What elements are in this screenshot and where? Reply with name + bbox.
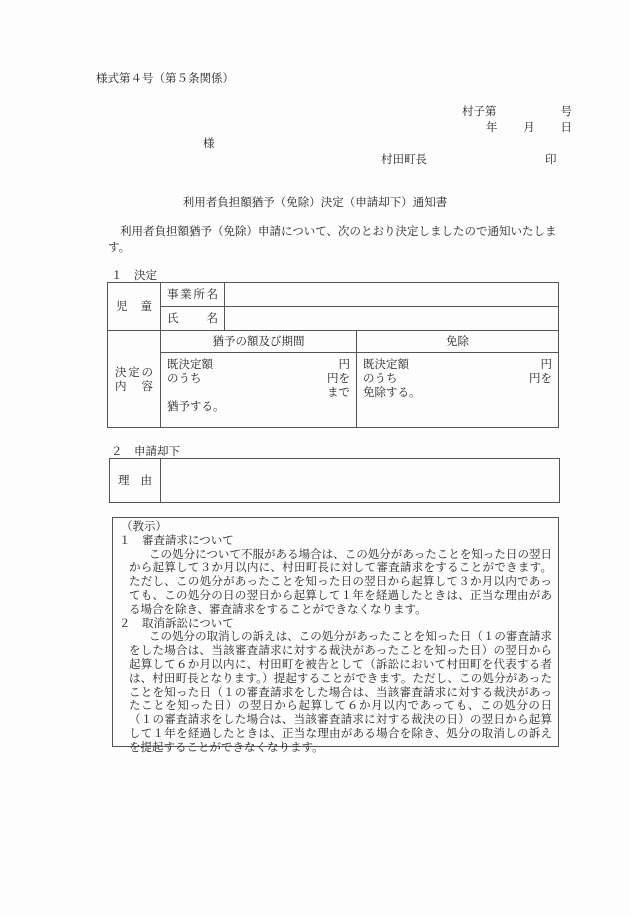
deferral-decided-amount-label: 既決定額: [167, 357, 213, 371]
office-label-char: 名: [206, 287, 218, 301]
deferral-yen-unit: 円: [339, 357, 351, 371]
decision-content-label-cell: 決 定 の 内 容: [108, 331, 161, 428]
section-decision-heading: １ 決定: [111, 268, 157, 282]
rejection-table: 理 由: [109, 458, 560, 503]
appeal-notice-box: （教示） １ 審査請求について この処分について不服がある場合は、この処分があっ…: [112, 517, 559, 747]
reason-label-char: 理: [118, 473, 130, 487]
decision-label-char: 内: [115, 379, 127, 393]
deferral-statement: 猶予する。: [167, 399, 225, 413]
date-year: 年: [486, 120, 498, 134]
reference-prefix: 村子第: [462, 104, 497, 118]
date-month: 月: [523, 120, 535, 134]
deferral-header: 猶予の額及び期間: [161, 331, 357, 353]
child-label-char: 児: [116, 299, 128, 313]
exemption-of-which-label: のうち: [363, 371, 398, 385]
exemption-statement: 免除する。: [363, 385, 421, 399]
exemption-yen-unit: 円: [541, 357, 553, 371]
intro-paragraph: 利用者負担額猶予（免除）申請について、次のとおり決定しましたので通知いたします。: [108, 223, 573, 255]
reference-number: 村子第 号: [462, 104, 572, 118]
reason-label-cell: 理 由: [110, 459, 161, 503]
notice-item2-title: ２ 取消訴訟について: [119, 617, 552, 631]
child-name-label-cell: 氏 名: [161, 307, 225, 331]
document-title: 利用者負担額猶予（免除）決定（申請却下）通知書: [0, 195, 630, 209]
form-number: 様式第４号（第５条関係）: [96, 71, 234, 85]
deferral-until-label: まで: [327, 385, 350, 399]
issue-date: 年 月 日: [486, 120, 572, 134]
office-name-label-cell: 事 業 所 名: [161, 283, 225, 307]
decision-label-char: 容: [142, 379, 154, 393]
notice-item1-body: この処分について不服がある場合は、この処分があったことを知った日の翌日から起算し…: [119, 548, 552, 617]
reason-label-char: 由: [141, 473, 153, 487]
notice-heading: （教示）: [119, 520, 552, 534]
office-label-char: 事: [167, 287, 179, 301]
deferral-yen-wo-unit: 円を: [327, 371, 350, 385]
deferral-of-which-label: のうち: [167, 371, 202, 385]
exemption-decided-amount-label: 既決定額: [363, 357, 409, 371]
issuer-name: 村田町長: [381, 152, 427, 166]
office-label-char: 業: [180, 287, 192, 301]
deferral-content-cell[interactable]: 既決定額 円 のうち 円を まで 猶予する。: [161, 353, 357, 428]
exemption-content-cell[interactable]: 既決定額 円 のうち 円を 免除する。: [357, 353, 559, 428]
office-name-field[interactable]: [225, 283, 559, 307]
name-label-char: 名: [207, 311, 219, 325]
decision-label-char: 定: [128, 365, 140, 379]
exemption-header: 免除: [357, 331, 559, 353]
reason-field[interactable]: [161, 459, 560, 503]
reference-suffix: 号: [561, 104, 573, 118]
seal-mark: 印: [545, 152, 557, 166]
decision-table: 児 童 事 業 所 名 氏 名 決 定 の: [107, 282, 559, 428]
name-label-char: 氏: [167, 311, 179, 325]
date-day: 日: [561, 120, 573, 134]
addressee-honorific: 様: [203, 136, 215, 150]
child-label-char: 童: [141, 299, 153, 313]
decision-label-char: 決: [115, 365, 127, 379]
section-rejection-heading: ２ 申請却下: [111, 444, 180, 458]
child-label-cell: 児 童: [108, 283, 161, 331]
child-name-field[interactable]: [225, 307, 559, 331]
notice-item1-title: １ 審査請求について: [119, 534, 552, 548]
exemption-yen-wo-unit: 円を: [529, 371, 552, 385]
office-label-char: 所: [193, 287, 205, 301]
decision-label-char: の: [142, 365, 154, 379]
notice-item2-body: この処分の取消しの訴えは、この処分があったことを知った日（１の審査請求をした場合…: [119, 630, 552, 754]
